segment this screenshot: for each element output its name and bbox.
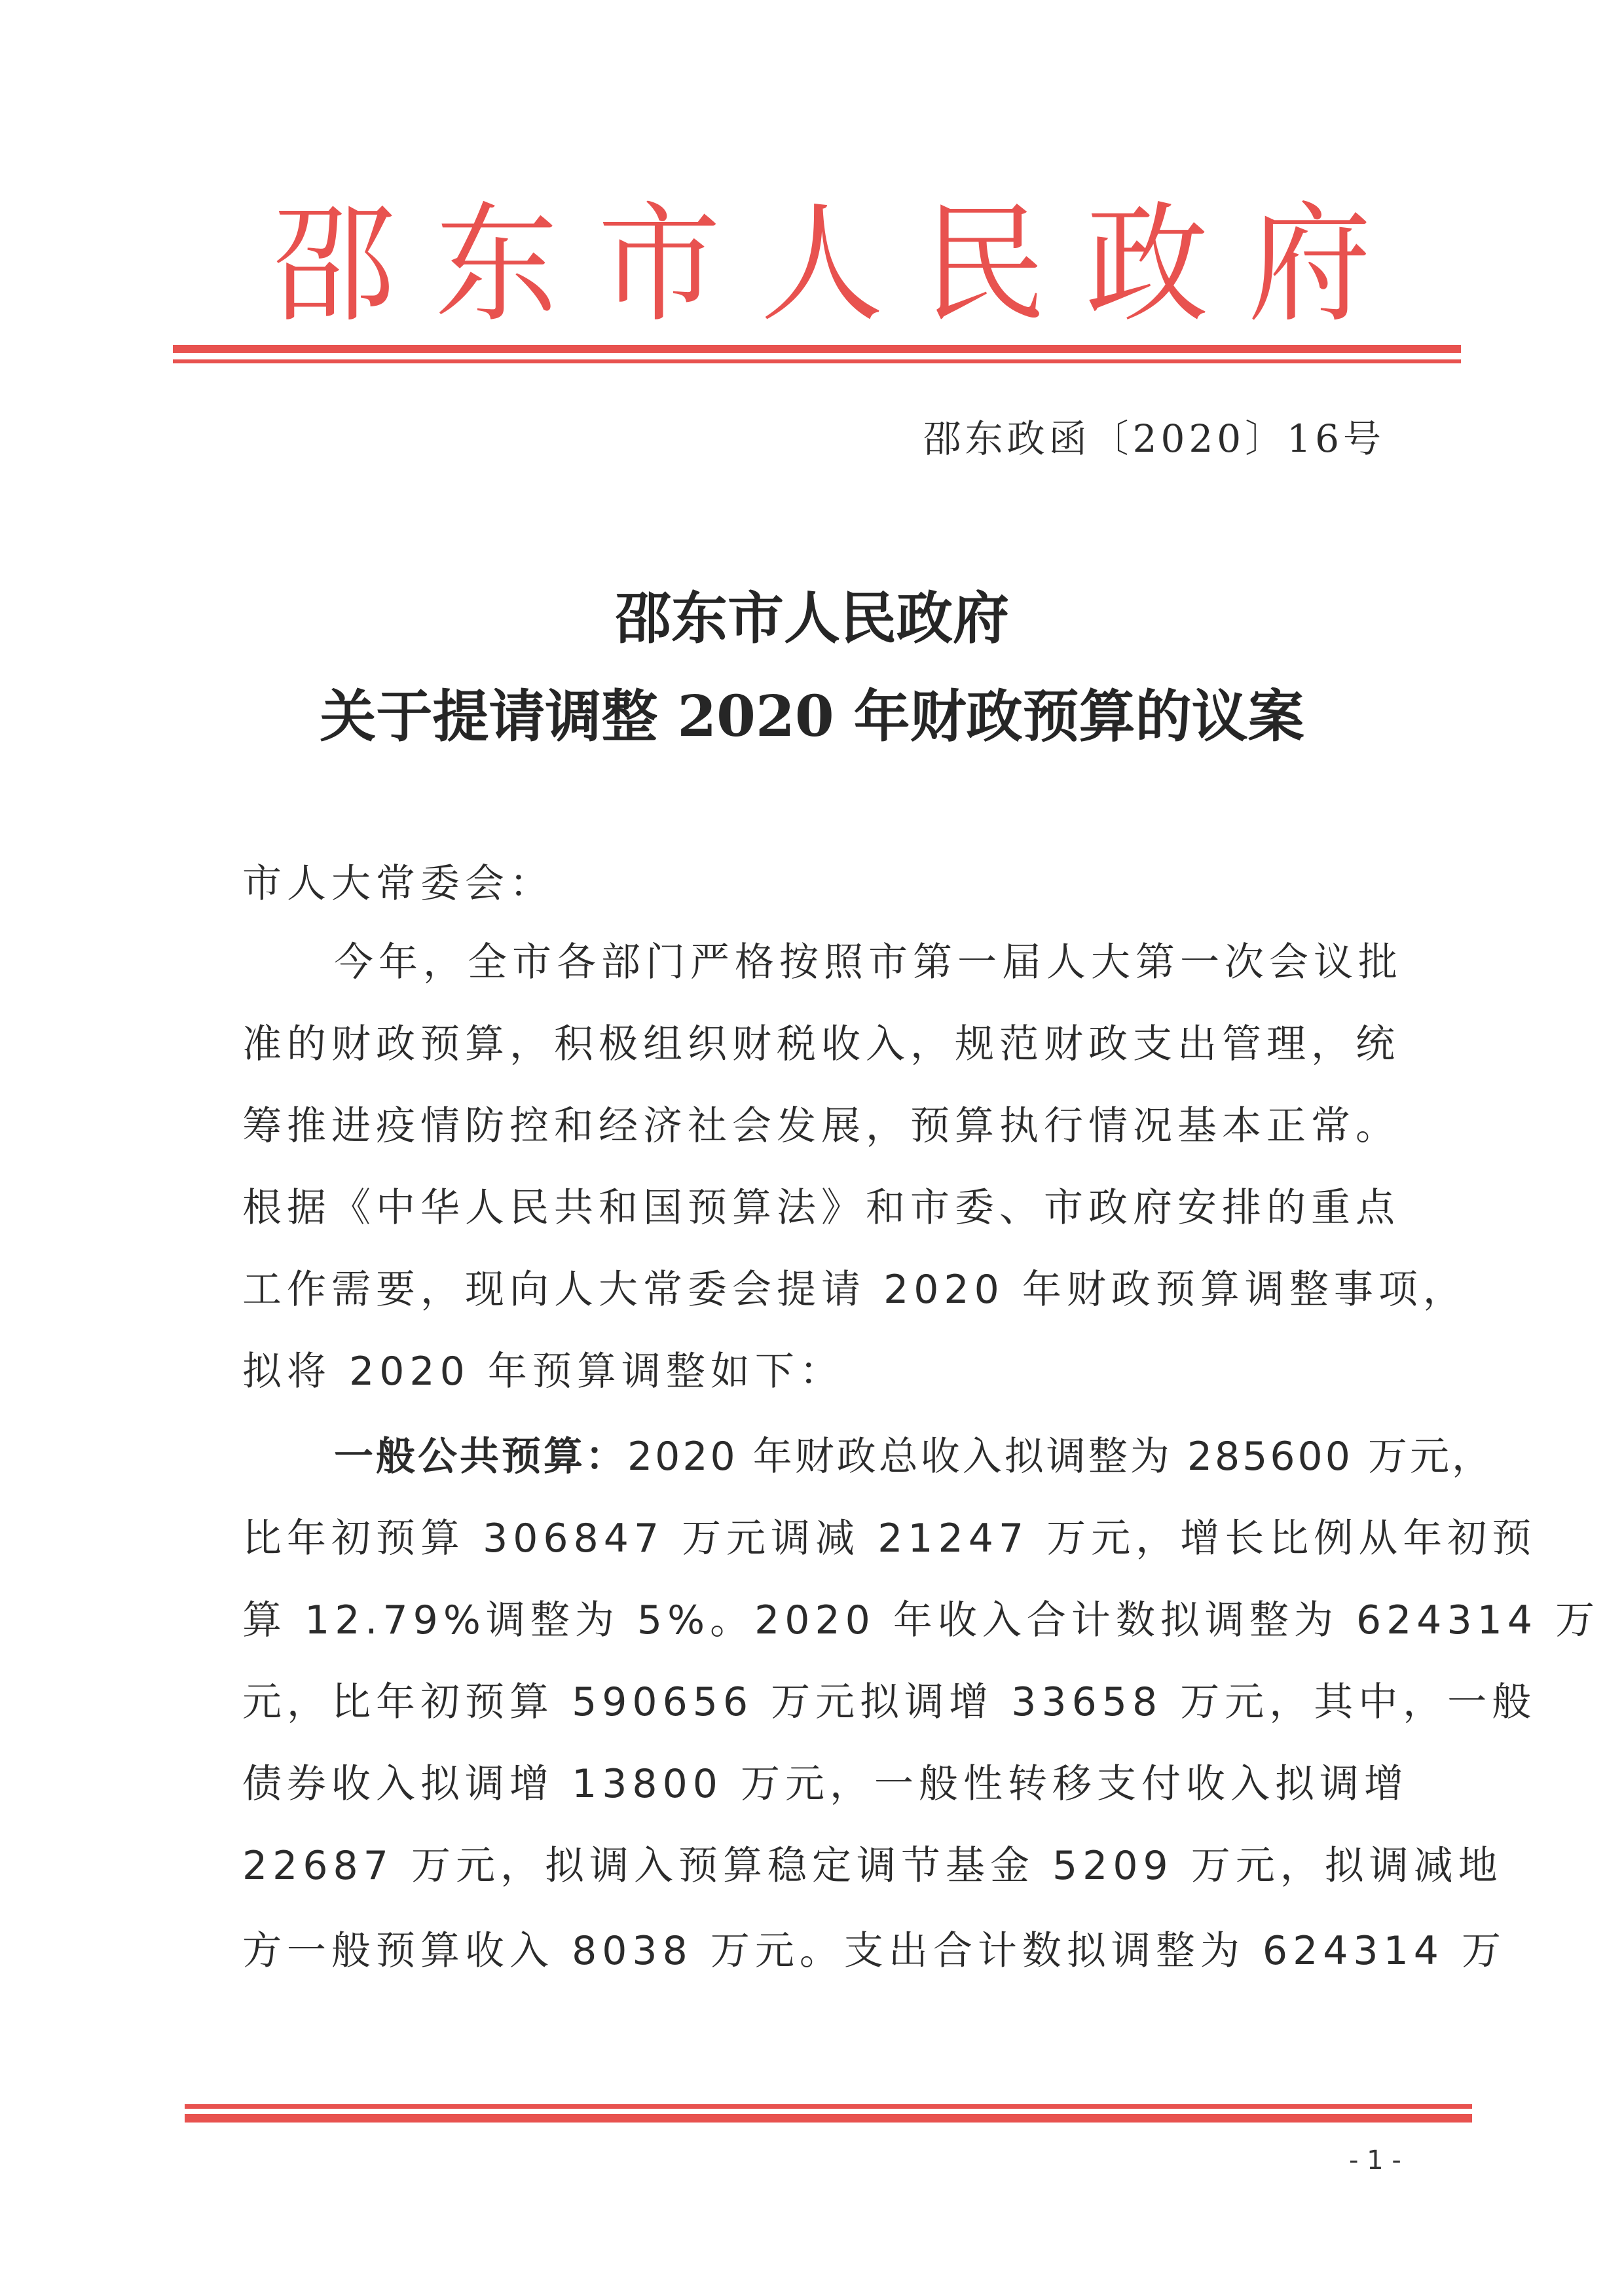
masthead-divider-thin (173, 359, 1461, 363)
masthead-char: 政 (1085, 193, 1209, 338)
paragraph-1-line: 今年，全市各部门严格按照市第一届人大第一次会议批 (242, 933, 1385, 992)
paragraph-1-line: 拟将 2020 年预算调整如下： (242, 1342, 1385, 1401)
masthead-char: 东 (434, 193, 559, 338)
masthead-divider-thick (173, 345, 1461, 353)
paragraph-2-line: 元，比年初预算 590656 万元拟调增 33658 万元，其中，一般 (242, 1673, 1385, 1732)
paragraph-1-line: 准的财政预算，积极组织财税收入，规范财政支出管理，统 (242, 1015, 1385, 1074)
paragraph-1-line: 筹推进疫情防控和经济社会发展，预算执行情况基本正常。 (242, 1097, 1385, 1156)
masthead-char: 市 (597, 193, 722, 338)
document-number: 邵东政函〔2020〕16号 (923, 412, 1385, 465)
paragraph-1-line: 根据《中华人民共和国预算法》和市委、市政府安排的重点 (242, 1178, 1385, 1237)
paragraph-1-line: 工作需要，现向人大常委会提请 2020 年财政预算调整事项， (242, 1260, 1385, 1319)
masthead-char: 人 (760, 193, 884, 338)
paragraph-2-first-line: 一般公共预算： 2020 年财政总收入拟调整为 285600 万元， (242, 1427, 1385, 1486)
salutation: 市人大常委会： (242, 854, 1385, 913)
paragraph-2-line: 22687 万元，拟调入预算稳定调节基金 5209 万元，拟调减地 (242, 1836, 1385, 1895)
masthead-char: 邵 (272, 193, 396, 338)
footer-divider-thin (185, 2104, 1472, 2109)
footer-divider-thick (185, 2114, 1472, 2123)
masthead-char: 府 (1247, 193, 1372, 338)
section-heading-general-public-budget: 一般公共预算： (334, 1427, 627, 1486)
masthead-char: 民 (922, 193, 1046, 338)
paragraph-2-line: 算 12.79%调整为 5%。2020 年收入合计数拟调整为 624314 万 (242, 1591, 1385, 1650)
paragraph-2-line: 方一般预算收入 8038 万元。支出合计数拟调整为 624314 万 (242, 1922, 1385, 1980)
paragraph-2-line: 债券收入拟调增 13800 万元，一般性转移支付收入拟调增 (242, 1755, 1385, 1813)
document-title-line-2: 关于提请调整 2020 年财政预算的议案 (0, 681, 1624, 753)
paragraph-2-first-line-text: 2020 年财政总收入拟调整为 285600 万元， (627, 1427, 1494, 1486)
paragraph-2-line: 比年初预算 306847 万元调减 21247 万元，增长比例从年初预 (242, 1509, 1385, 1568)
page-number: - 1 - (1349, 2144, 1401, 2177)
masthead-title: 邵 东 市 人 民 政 府 (272, 193, 1372, 338)
document-title-line-1: 邵东市人民政府 (0, 583, 1624, 655)
